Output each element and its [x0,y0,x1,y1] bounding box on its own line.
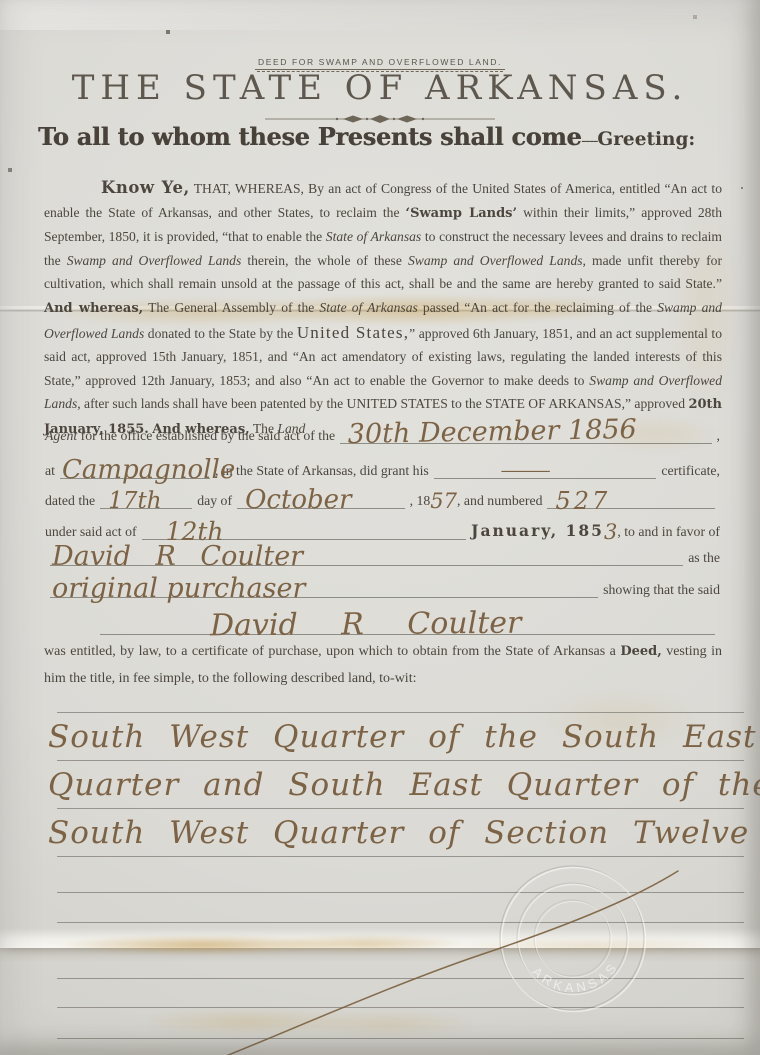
dated-printed-2: day of [197,493,232,509]
ruled-line [57,1007,744,1008]
dated-printed-3: , 18 [410,493,431,509]
ruled-line [57,1038,744,1039]
salutation-text: To all to whom these Presents shall come [38,122,581,151]
handwritten-grantee-name-repeat: David R Coulter [210,609,522,642]
land-description-line: South West Quarter of Section Twelve [48,810,728,856]
certificate-type-field: ——— [434,475,657,479]
agent-line-comma: , [717,428,720,444]
document-title: THE STATE OF ARKANSAS. [0,68,760,108]
greeting-label: Greeting: [597,129,695,150]
land-description-line: Quarter and South East Quarter of the [48,762,728,808]
act-printed-2: , to and in favor of [617,524,720,540]
month-field: October [237,505,405,509]
ruled-line [57,922,744,923]
ruled-line [57,712,744,713]
grantee-repeat-field: David R Coulter [100,600,715,635]
form-line-grantee: David R Coulter as the [45,550,720,566]
act-day-field: 12th [142,536,467,540]
form-line-dated: dated the 17th day of October , 18 57 , … [45,493,720,509]
handwritten-capacity: original purchaser [52,575,305,602]
handwritten-act-date: 30th December 1856 [348,416,637,448]
ink-ghost-stain [150,1002,480,1042]
entitlement-paragraph: was entitled, by law, to a certificate o… [44,639,722,692]
act-printed-1: under said act of [45,524,137,540]
fold-crease-bottom [0,948,760,962]
form-line-land-office: at Campagnolle , in the State of Arkansa… [45,463,720,479]
agent-line-printed: Agent for the office established by the … [45,428,335,444]
form-line-act: under said act of 12th January, 185 3 , … [45,521,720,540]
office-line-mid: , in the State of Arkansas, did grant hi… [215,463,429,479]
office-line-end: certificate, [661,463,720,479]
dated-printed-4: , and numbered [457,493,542,509]
ruled-line [57,760,744,761]
certificate-number-field: 527 [547,505,715,509]
paper-specks [0,0,2,2]
stain-bottom-fold [30,933,460,957]
preamble-paragraph: Know Ye, THAT, WHEREAS, By an act of Con… [44,176,722,442]
ruled-line [57,892,744,893]
handwritten-dash: ——— [501,462,549,480]
handwritten-month: October [245,487,351,513]
ruled-line [57,808,744,809]
form-line-capacity: original purchaser showing that the said [45,582,720,598]
day-field: 17th [100,505,192,509]
handwritten-day: 17th [108,490,161,513]
ruled-line [57,856,744,857]
grantee-printed: as the [688,550,720,566]
svg-text:ARKANSAS: ARKANSAS [529,958,621,995]
salutation-line: To all to whom these Presents shall come… [38,122,728,151]
office-line-at: at [45,463,55,479]
paper-top-edge-highlight [0,0,760,30]
fold-highlight-bottom [0,928,760,948]
embossed-state-seal: ARKANSAS [498,864,648,1014]
handwritten-grantee-name: David R Coulter [52,543,303,570]
act-printed-bold: January, 185 [471,521,604,540]
handwritten-office: Campagnolle [62,457,235,483]
handwritten-certificate-number: 527 [555,489,610,513]
capacity-field: original purchaser [50,594,598,598]
ruled-line [57,978,744,979]
dated-printed-1: dated the [45,493,95,509]
form-line-agent-date: Agent for the office established by the … [45,428,720,444]
stain-bottom-fold-right [440,938,740,954]
salutation-dashes: ---- [581,133,597,149]
office-field: Campagnolle [60,475,210,479]
seal-arc-text: ARKANSAS [529,958,621,995]
capacity-printed: showing that the said [603,582,720,598]
act-date-field: 30th December 1856 [340,440,711,444]
deed-document-page: DEED FOR SWAMP AND OVERFLOWED LAND. THE … [0,0,760,1055]
grantee-name-field: David R Coulter [50,562,683,566]
land-description-line: South West Quarter of the South East [48,714,728,760]
